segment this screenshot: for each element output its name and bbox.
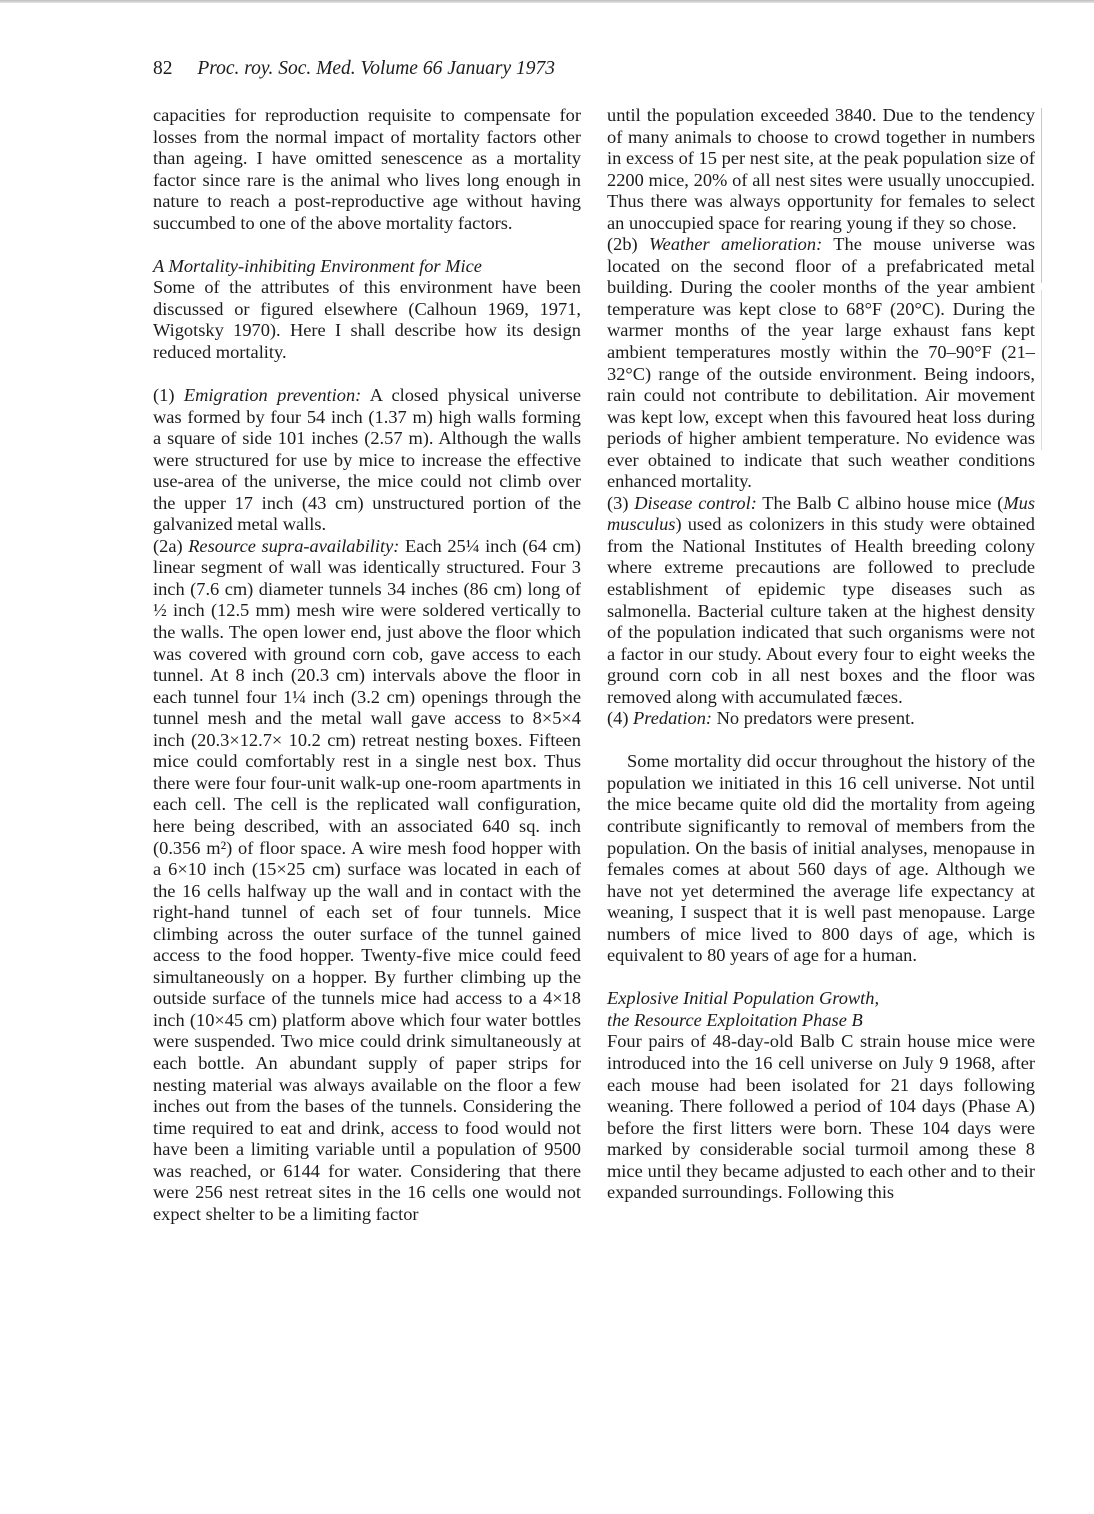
item-label: (4): [607, 708, 633, 728]
paragraph-mortality: Some mortality did occur throughout the …: [607, 751, 1035, 966]
right-column: until the population exceeded 3840. Due …: [607, 105, 1035, 1204]
item-text: The Balb C albino house mice (: [757, 493, 1004, 513]
item-label: (2b): [607, 234, 649, 254]
item-text: A closed physical universe was formed by…: [153, 385, 581, 534]
item-title: Predation:: [633, 708, 712, 728]
item-text: The mouse universe was located on the se…: [607, 234, 1035, 491]
item-disease-control: (3) Disease control: The Balb C albino h…: [607, 493, 1035, 708]
item-title: Weather amelioration:: [649, 234, 822, 254]
item-title: Emigration prevention:: [184, 385, 361, 405]
section-heading: A Mortality-inhibiting Environment for M…: [153, 256, 581, 278]
item-label: (2a): [153, 536, 188, 556]
paragraph-intro: Some of the attributes of this environme…: [153, 277, 581, 363]
item-title: Disease control:: [634, 493, 757, 513]
item-weather-amelioration: (2b) Weather amelioration: The mouse uni…: [607, 234, 1035, 493]
section-heading-line-1: Explosive Initial Population Growth,: [607, 988, 1035, 1010]
paragraph-phase-b: Four pairs of 48-day-old Balb C strain h…: [607, 1031, 1035, 1203]
item-predation: (4) Predation: No predators were present…: [607, 708, 1035, 730]
page-number: 82: [153, 58, 173, 79]
item-label: (1): [153, 385, 184, 405]
paragraph-continued: until the population exceeded 3840. Due …: [607, 105, 1035, 234]
paragraph-continued: capacities for reproduction requisite to…: [153, 105, 581, 234]
scan-margin-line: [1041, 290, 1042, 450]
item-text: Each 25¼ inch (64 cm) linear segment of …: [153, 536, 581, 1224]
item-label: (3): [607, 493, 634, 513]
running-head: 82 Proc. roy. Soc. Med. Volume 66 Januar…: [153, 56, 555, 82]
section-heading-line-2: the Resource Exploitation Phase B: [607, 1010, 1035, 1032]
left-column: capacities for reproduction requisite to…: [153, 105, 581, 1225]
journal-citation: Proc. roy. Soc. Med. Volume 66 January 1…: [197, 58, 555, 79]
item-resource-supra-availability: (2a) Resource supra-availability: Each 2…: [153, 536, 581, 1226]
scan-margin-line: [1041, 108, 1042, 283]
top-edge-shadow: [0, 0, 1094, 3]
item-title: Resource supra-availability:: [188, 536, 399, 556]
item-text: ) used as colonizers in this study were …: [607, 514, 1035, 706]
item-text: No predators were present.: [712, 708, 915, 728]
item-emigration-prevention: (1) Emigration prevention: A closed phys…: [153, 385, 581, 536]
